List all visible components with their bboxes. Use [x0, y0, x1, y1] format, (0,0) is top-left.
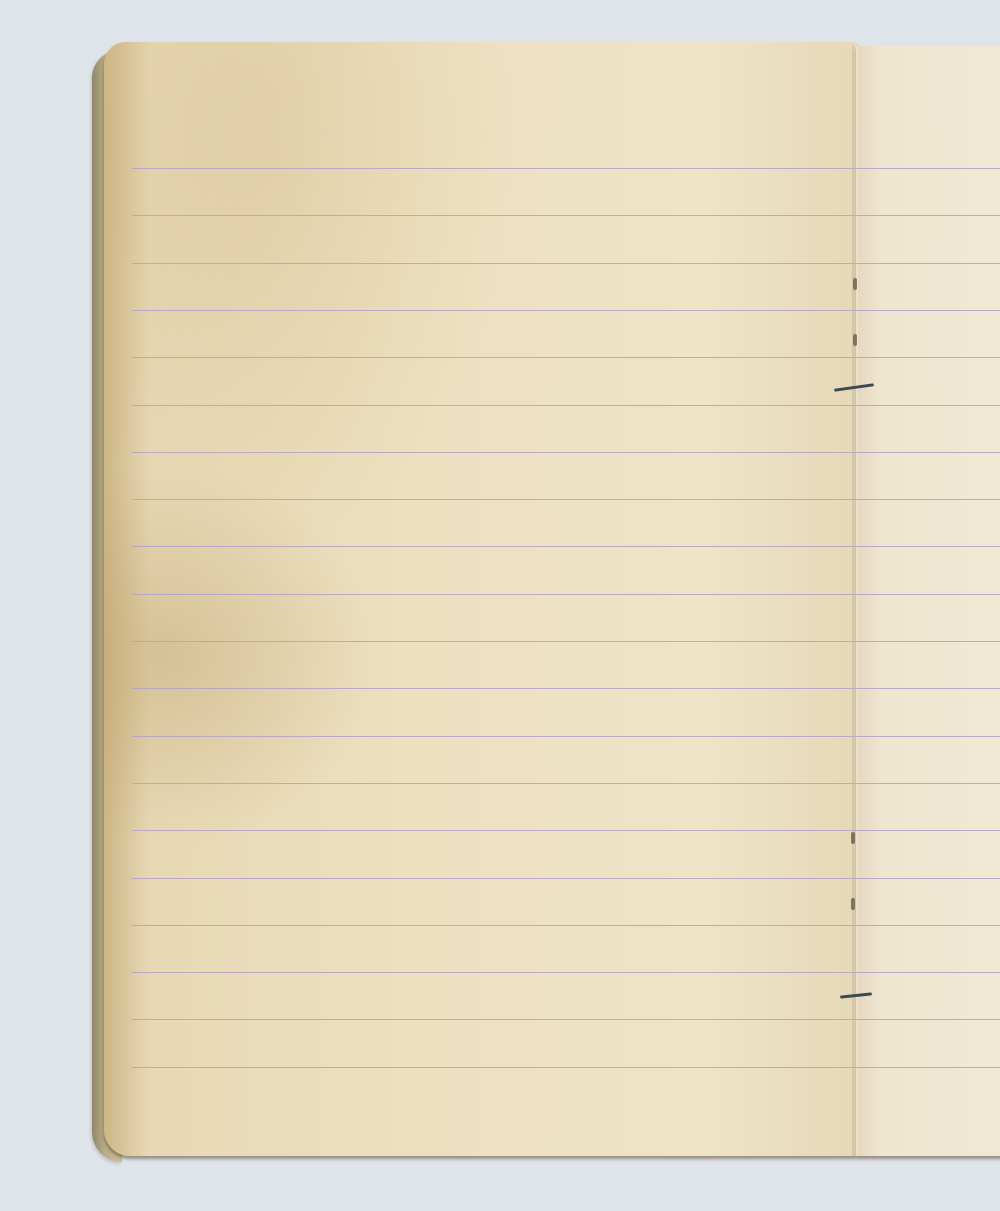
rule-line [132, 688, 1000, 689]
rule-line [132, 594, 1000, 595]
notebook [92, 42, 1000, 1162]
rule-line [132, 925, 1000, 926]
rule-line [132, 1067, 1000, 1068]
binding-hole [851, 832, 855, 844]
binding-hole [853, 334, 857, 346]
rule-line [132, 215, 1000, 216]
rule-line [132, 972, 1000, 973]
binding-hole [851, 898, 855, 910]
rule-line [132, 168, 1000, 169]
rule-line [132, 830, 1000, 831]
binding-gutter [852, 46, 858, 1156]
rule-line [132, 1019, 1000, 1020]
rule-line [132, 736, 1000, 737]
rule-line [132, 405, 1000, 406]
rule-line [132, 878, 1000, 879]
right-page [856, 46, 1000, 1156]
left-page [104, 42, 856, 1156]
rule-line [132, 641, 1000, 642]
rule-line [132, 310, 1000, 311]
rule-line [132, 783, 1000, 784]
rule-line [132, 452, 1000, 453]
rule-line [132, 263, 1000, 264]
rule-line [132, 499, 1000, 500]
rule-line [132, 357, 1000, 358]
rule-line [132, 546, 1000, 547]
binding-hole [853, 278, 857, 290]
